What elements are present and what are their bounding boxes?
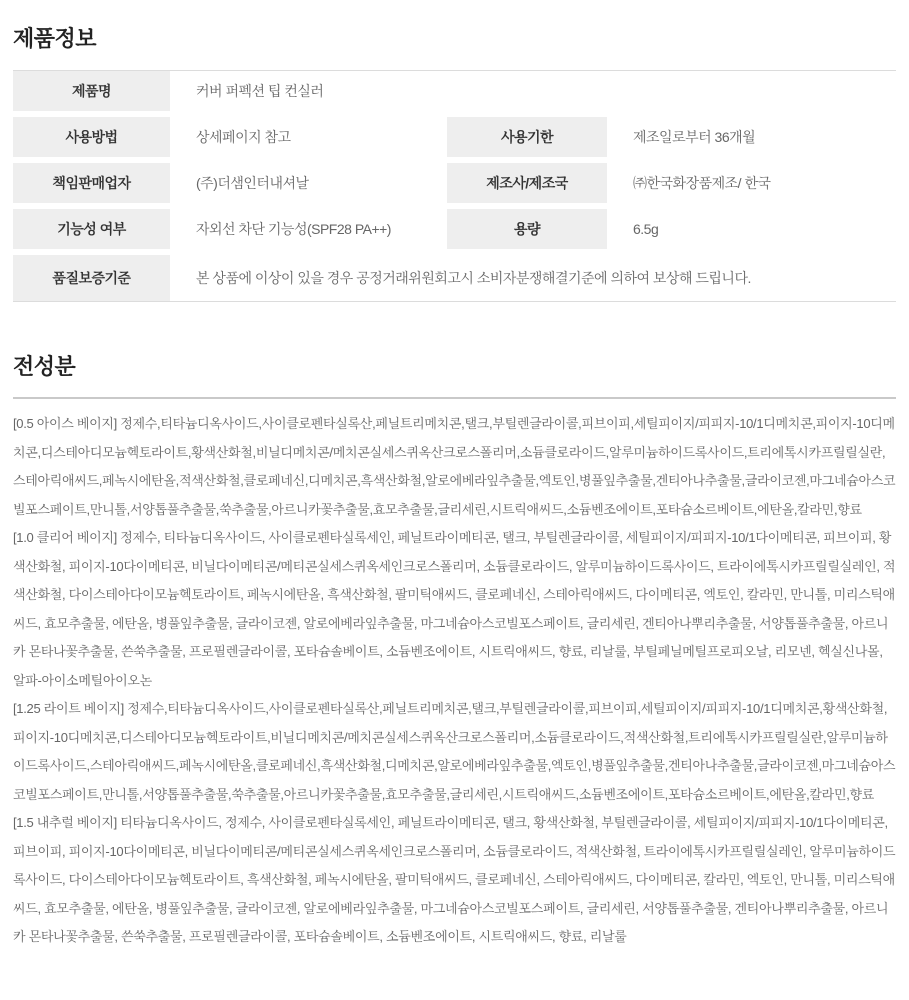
table-row-quality-guarantee: 품질보증기준 본 상품에 이상이 있을 경우 공정거래위원회고시 소비자분쟁해결… (13, 255, 896, 301)
label-quality-guarantee: 품질보증기준 (13, 255, 170, 301)
table-row-functionality: 기능성 여부 자외선 차단 기능성(SPF28 PA++) 용량 6.5g (13, 209, 896, 255)
label-manufacturer: 제조사/제조국 (447, 163, 607, 209)
ingredients-title: 전성분 (13, 350, 896, 381)
value-manufacturer: ㈜한국화장품제조/ 한국 (607, 163, 896, 209)
value-usage-method: 상세페이지 참고 (170, 117, 447, 163)
label-responsible-seller: 책임판매업자 (13, 163, 170, 209)
ingredients-paragraph-ice-beige: [0.5 아이스 베이지] 정제수,티타늄디옥사이드,사이클로펜타실록산,페닐트… (13, 410, 896, 524)
product-info-title: 제품정보 (13, 0, 896, 53)
value-product-name: 커버 퍼펙션 팁 컨실러 (170, 71, 896, 117)
table-row-product-name: 제품명 커버 퍼펙션 팁 컨실러 (13, 71, 896, 117)
label-product-name: 제품명 (13, 71, 170, 117)
ingredients-paragraph-clear-beige: [1.0 클리어 베이지] 정제수, 티타늄디옥사이드, 사이클로펜타실록세인,… (13, 524, 896, 695)
value-volume: 6.5g (607, 209, 896, 255)
ingredients-divider (13, 397, 896, 399)
value-expiration: 제조일로부터 36개월 (607, 117, 896, 163)
value-functionality: 자외선 차단 기능성(SPF28 PA++) (170, 209, 447, 255)
value-responsible-seller: (주)더샘인터내셔날 (170, 163, 447, 209)
product-info-table: 제품명 커버 퍼펙션 팁 컨실러 사용방법 상세페이지 참고 사용기한 제조일로… (13, 70, 896, 302)
table-row-seller: 책임판매업자 (주)더샘인터내셔날 제조사/제조국 ㈜한국화장품제조/ 한국 (13, 163, 896, 209)
value-quality-guarantee: 본 상품에 이상이 있을 경우 공정거래위원회고시 소비자분쟁해결기준에 의하여… (170, 255, 896, 301)
label-functionality: 기능성 여부 (13, 209, 170, 255)
label-usage-method: 사용방법 (13, 117, 170, 163)
label-expiration: 사용기한 (447, 117, 607, 163)
table-row-usage: 사용방법 상세페이지 참고 사용기한 제조일로부터 36개월 (13, 117, 896, 163)
label-volume: 용량 (447, 209, 607, 255)
ingredients-paragraph-light-beige: [1.25 라이트 베이지] 정제수,티타늄디옥사이드,사이클로펜타실록산,페닐… (13, 695, 896, 809)
product-detail-page: 제품정보 제품명 커버 퍼펙션 팁 컨실러 사용방법 상세페이지 참고 사용기한… (0, 0, 909, 952)
ingredients-list: [0.5 아이스 베이지] 정제수,티타늄디옥사이드,사이클로펜타실록산,페닐트… (13, 410, 896, 952)
ingredients-paragraph-natural-beige: [1.5 내추럴 베이지] 티타늄디옥사이드, 정제수, 사이클로펜타실록세인,… (13, 809, 896, 952)
